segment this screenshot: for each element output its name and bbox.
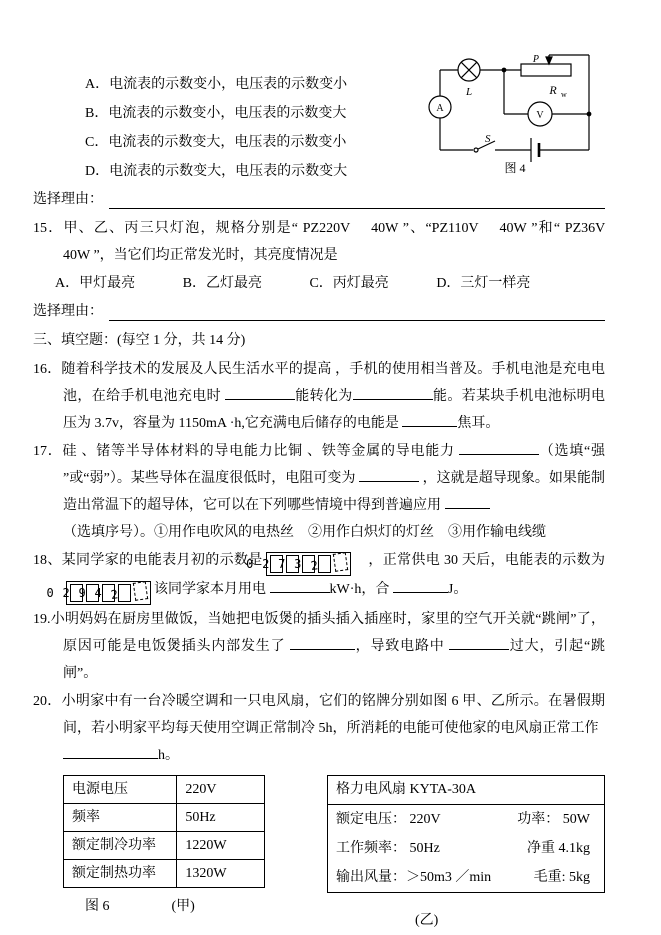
- fan-row-right: 功率： 50W: [517, 807, 590, 832]
- question-20: 20．小明家中有一台冷暖空调和一只电风扇，它们的铭牌分别如图 6 甲、乙所示。在…: [33, 688, 605, 769]
- figure-6b-caption: (乙): [415, 907, 605, 934]
- paper-content: A．电流表的示数变小，电压表的示数变小 B．电流表的示数变小，电压表的示数变大 …: [33, 70, 605, 934]
- section-3-title: 三、填空题：(每空 1 分，共 14 分): [33, 327, 605, 355]
- meter-digit-decimal: 2: [133, 581, 148, 601]
- fan-nameplate-column: 格力电风扇 KYTA-30A 额定电压： 220V 功率： 50W 工作频率： …: [265, 775, 605, 934]
- q19-seg2: ，导致电路中: [355, 639, 449, 654]
- fan-nameplate: 格力电风扇 KYTA-30A 额定电压： 220V 功率： 50W 工作频率： …: [327, 775, 605, 893]
- table-row: 电源电压 220V: [64, 776, 265, 804]
- q19-blank-2: [449, 635, 509, 650]
- q19-blank-1: [290, 635, 355, 650]
- ac-spec-table: 电源电压 220V 频率 50Hz 额定制冷功率 1220W 额定制热功率 13…: [63, 775, 265, 888]
- q16-blank-2: [353, 385, 433, 400]
- q15-reason-label: 选择理由：: [33, 298, 103, 325]
- meter-digit: 4: [118, 584, 131, 602]
- fan-plate-row: 输出风量：＞50m3 ／min 毛重: 5kg: [328, 863, 604, 892]
- ac-row-label: 电源电压: [64, 776, 177, 804]
- q18-seg2: ，正常供电 30 天后，电能表的示数为: [354, 553, 619, 568]
- q16-seg4: 焦耳。: [457, 416, 499, 431]
- q18-seg1: 18、某同学家的电能表月初的示数是: [33, 553, 263, 568]
- fan-row-left: 输出风量：＞50m3 ／min: [336, 865, 491, 890]
- exam-paper-page: L P R w A V S 图 4 A．电流表的示数变小，电压表的示数变小 B．…: [0, 0, 661, 935]
- fan-row-right: 净重 4.1kg: [527, 836, 590, 861]
- meter-digit-decimal: 2: [332, 552, 347, 572]
- figure-6-caption: 图 6: [85, 893, 110, 920]
- fan-row-left: 额定电压： 220V: [336, 807, 441, 832]
- ac-row-label: 额定制冷功率: [64, 832, 177, 860]
- q17-seg4: （选填序号）。①用作电吹风的电热丝 ②用作白炽灯的灯丝 ③用作输电线缆: [63, 525, 546, 540]
- figure-6a-caption: (甲): [172, 893, 195, 920]
- ac-row-value: 220V: [177, 776, 265, 804]
- q14-reason-label: 选择理由：: [33, 186, 103, 213]
- q17-blank-2: [359, 467, 419, 482]
- q15-option-b: B．乙灯最亮: [183, 270, 262, 298]
- q20-seg1: 20．小明家中有一台冷暖空调和一只电风扇，它们的铭牌分别如图 6 甲、乙所示。在…: [33, 694, 605, 736]
- q18-seg4: kW·h，合: [330, 582, 393, 597]
- question-16: 16．随着科学技术的发展及人民生活水平的提高 ，手机的使用相当普及。手机电池是充…: [33, 356, 605, 437]
- fan-plate-row: 工作频率： 50Hz 净重 4.1kg: [328, 834, 604, 863]
- fan-plate-title: 格力电风扇 KYTA-30A: [328, 776, 604, 805]
- q18-blank-1: [270, 578, 330, 593]
- fan-plate-row: 额定电压： 220V 功率： 50W: [328, 805, 604, 834]
- q14-reason-line: 选择理由：: [33, 186, 605, 213]
- meter-digit: 3: [318, 555, 331, 573]
- question-15-text: 15．甲、乙、丙三只灯泡，规格分别是“ PZ220V 40W ”、“PZ110V…: [33, 215, 605, 269]
- q20-blank-1: [63, 744, 158, 759]
- fan-row-right: 毛重: 5kg: [534, 865, 590, 890]
- q15-reason-blank: [109, 301, 605, 321]
- energy-meter-reading-start: 02732: [266, 552, 351, 576]
- q14-option-b: B．电流表的示数变小，电压表的示数变大: [85, 99, 605, 128]
- question-17: 17．硅 、锗等半导体材料的导电能力比铜 、铁等金属的导电能力 （选填“强 ”或…: [33, 438, 605, 546]
- question-19: 19.小明妈妈在厨房里做饭，当她把电饭煲的插头插入插座时，家里的空气开关就“跳闸…: [33, 606, 605, 687]
- table-row: 额定制冷功率 1220W: [64, 832, 265, 860]
- q15-reason-line: 选择理由：: [33, 298, 605, 325]
- nameplates-row: 电源电压 220V 频率 50Hz 额定制冷功率 1220W 额定制热功率 13…: [63, 775, 605, 934]
- q18-seg5: J。: [448, 582, 467, 597]
- q18-seg3: 该同学家本月用电: [154, 582, 270, 597]
- ac-row-value: 50Hz: [177, 804, 265, 832]
- table-row: 额定制热功率 1320W: [64, 860, 265, 888]
- q14-option-a: A．电流表的示数变小，电压表的示数变小: [85, 70, 605, 99]
- q17-blank-1: [459, 440, 539, 455]
- q14-reason-blank: [109, 189, 605, 209]
- question-14-options: A．电流表的示数变小，电压表的示数变小 B．电流表的示数变小，电压表的示数变大 …: [85, 70, 605, 186]
- q16-blank-3: [402, 412, 457, 427]
- q17-blank-3: [445, 494, 490, 509]
- fan-row-left: 工作频率： 50Hz: [336, 836, 440, 861]
- q15-option-d: D．三灯一样亮: [436, 270, 530, 298]
- q15-option-c: C．丙灯最亮: [309, 270, 388, 298]
- ac-row-value: 1320W: [177, 860, 265, 888]
- q20-seg2: h。: [158, 748, 179, 763]
- ac-row-label: 额定制热功率: [64, 860, 177, 888]
- table-row: 频率 50Hz: [64, 804, 265, 832]
- q18-blank-2: [393, 578, 448, 593]
- ac-row-value: 1220W: [177, 832, 265, 860]
- q14-option-d: D．电流表的示数变大，电压表的示数变大: [85, 157, 605, 186]
- question-15-options: A．甲灯最亮 B．乙灯最亮 C．丙灯最亮 D．三灯一样亮: [55, 270, 605, 298]
- air-conditioner-nameplate: 电源电压 220V 频率 50Hz 额定制冷功率 1220W 额定制热功率 13…: [63, 775, 265, 934]
- energy-meter-reading-end: 02942: [66, 581, 151, 605]
- question-18: 18、某同学家的电能表月初的示数是02732 ，正常供电 30 天后，电能表的示…: [33, 547, 605, 605]
- slider-label: P: [532, 54, 539, 65]
- q14-option-c: C．电流表的示数变大，电压表的示数变小: [85, 128, 605, 157]
- q16-blank-1: [225, 385, 295, 400]
- ac-row-label: 频率: [64, 804, 177, 832]
- q15-option-a: A．甲灯最亮: [55, 270, 135, 298]
- q17-seg1: 17．硅 、锗等半导体材料的导电能力比铜 、铁等金属的导电能力: [33, 444, 459, 459]
- ac-captions: 图 6 (甲): [63, 893, 265, 920]
- q16-seg2: 能转化为: [295, 389, 353, 404]
